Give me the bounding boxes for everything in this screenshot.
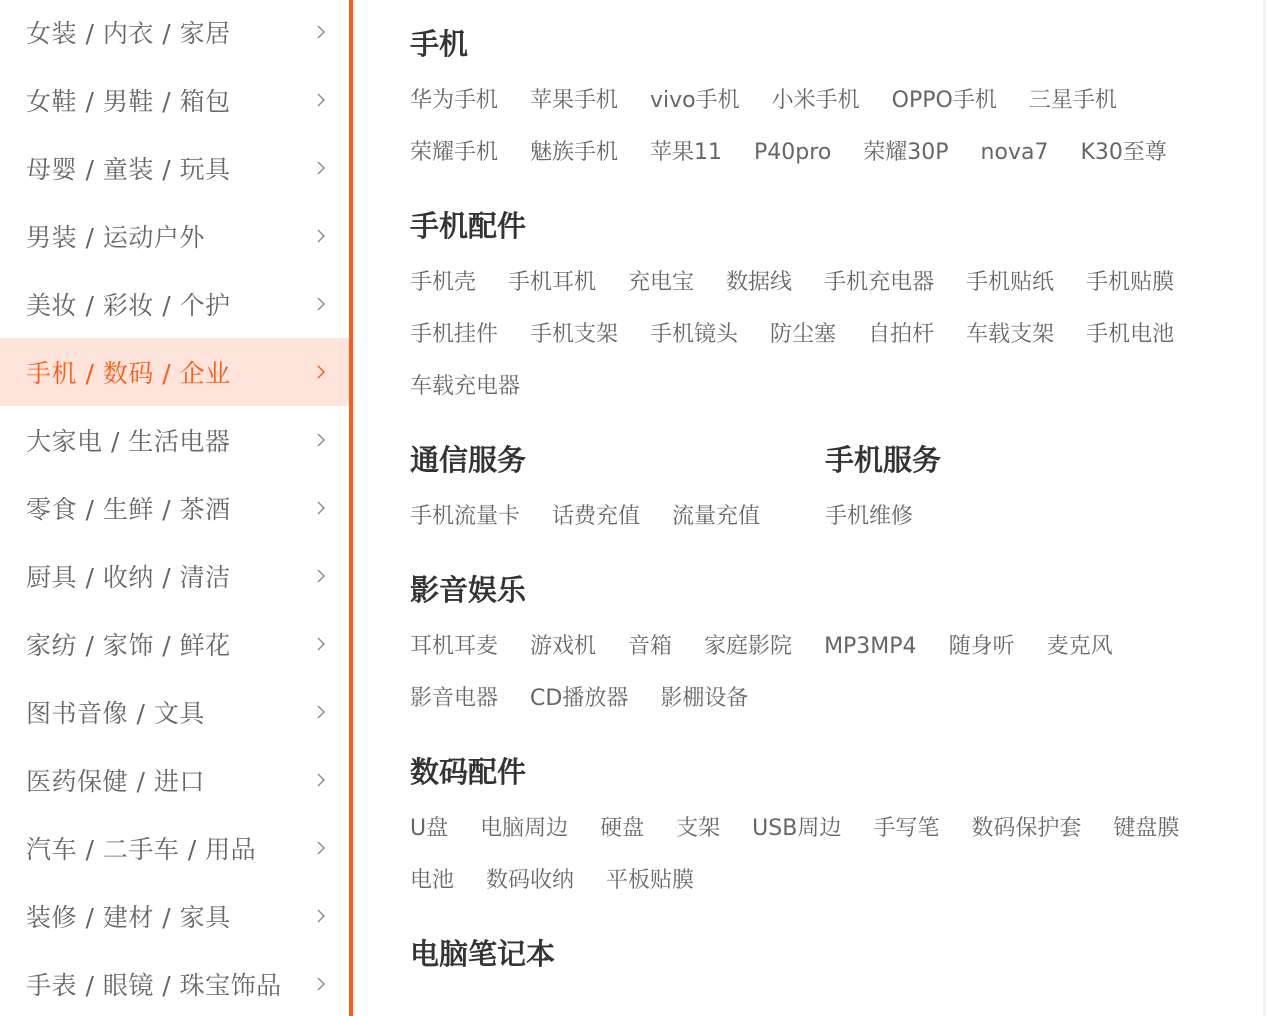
subcategory-link[interactable]: 游戏机 xyxy=(530,632,596,662)
chevron-right-icon xyxy=(314,22,328,42)
subcategory-panel: 手机 华为手机苹果手机vivo手机小米手机OPPO手机三星手机荣耀手机魅族手机苹… xyxy=(353,0,1263,1016)
chevron-right-icon xyxy=(314,430,328,450)
sidebar-item-label: 汽车 / 二手车 / 用品 xyxy=(26,830,256,866)
subcategory-link[interactable]: OPPO手机 xyxy=(892,86,997,116)
category-menu: 女装 / 内衣 / 家居女鞋 / 男鞋 / 箱包母婴 / 童装 / 玩具男装 /… xyxy=(0,0,1280,1016)
sidebar-item-label: 美妆 / 彩妆 / 个护 xyxy=(26,286,231,322)
sidebar-item[interactable]: 母婴 / 童装 / 玩具 xyxy=(0,134,349,202)
sidebar-item-label: 手机 / 数码 / 企业 xyxy=(26,354,231,390)
subcategory-link[interactable]: 麦克风 xyxy=(1047,632,1113,662)
subcategory-link[interactable]: 手机贴纸 xyxy=(966,268,1054,298)
subcategory-link[interactable]: 话费充值 xyxy=(552,502,640,532)
subcategory-link[interactable]: 手机耳机 xyxy=(508,268,596,298)
sidebar-item[interactable]: 手机 / 数码 / 企业 xyxy=(0,338,349,406)
sidebar-item-label: 女鞋 / 男鞋 / 箱包 xyxy=(26,82,231,118)
sidebar-item-label: 装修 / 建材 / 家具 xyxy=(26,898,231,934)
subcategory-link[interactable]: U盘 xyxy=(410,814,448,844)
chevron-right-icon xyxy=(314,974,328,994)
subcategory-link[interactable]: 手机电池 xyxy=(1086,320,1174,350)
sidebar-item[interactable]: 男装 / 运动户外 xyxy=(0,202,349,270)
subcategory-link[interactable]: 电池 xyxy=(410,866,454,896)
sidebar-item-label: 女装 / 内衣 / 家居 xyxy=(26,14,231,50)
sidebar-item-label: 大家电 / 生活电器 xyxy=(26,422,230,458)
sidebar-item[interactable]: 装修 / 建材 / 家具 xyxy=(0,882,349,950)
sidebar-item-label: 家纺 / 家饰 / 鲜花 xyxy=(26,626,231,662)
sidebar-item[interactable]: 大家电 / 生活电器 xyxy=(0,406,349,474)
subcategory-link[interactable]: 荣耀30P xyxy=(863,138,948,168)
chevron-right-icon xyxy=(314,566,328,586)
subcategory-link[interactable]: 防尘塞 xyxy=(770,320,836,350)
sidebar-item-label: 零食 / 生鲜 / 茶酒 xyxy=(26,490,231,526)
section-audio-video: 影音娱乐 耳机耳麦游戏机音箱家庭影院MP3MP4随身听麦克风影音电器CD播放器影… xyxy=(410,570,1230,736)
subcategory-link[interactable]: CD播放器 xyxy=(530,684,628,714)
section-phone-accessories: 手机配件 手机壳手机耳机充电宝数据线手机充电器手机贴纸手机贴膜手机挂件手机支架手… xyxy=(410,206,1230,424)
chevron-right-icon xyxy=(314,634,328,654)
section-title: 手机服务 xyxy=(825,440,1225,480)
sidebar-item-label: 医药保健 / 进口 xyxy=(26,762,205,798)
sidebar-item[interactable]: 汽车 / 二手车 / 用品 xyxy=(0,814,349,882)
chevron-right-icon xyxy=(314,294,328,314)
section-title: 手机 xyxy=(410,24,1230,64)
subcategory-link[interactable]: 三星手机 xyxy=(1029,86,1117,116)
sidebar-item-label: 厨具 / 收纳 / 清洁 xyxy=(26,558,231,594)
section-telecom-services: 通信服务 手机流量卡话费充值流量充值 xyxy=(410,440,830,554)
subcategory-link[interactable]: 手机壳 xyxy=(410,268,476,298)
section-phone-services: 手机服务 手机维修 xyxy=(825,440,1225,554)
chevron-right-icon xyxy=(314,770,328,790)
subcategory-link[interactable]: 手机贴膜 xyxy=(1086,268,1174,298)
subcategory-link[interactable]: K30至尊 xyxy=(1080,138,1166,168)
section-links: U盘电脑周边硬盘支架USB周边手写笔数码保护套键盘膜电池数码收纳平板贴膜 xyxy=(410,814,1230,918)
chevron-right-icon xyxy=(314,158,328,178)
section-title: 影音娱乐 xyxy=(410,570,1230,610)
subcategory-link[interactable]: 音箱 xyxy=(628,632,672,662)
subcategory-link[interactable]: 手机充电器 xyxy=(824,268,934,298)
sidebar-item[interactable]: 女鞋 / 男鞋 / 箱包 xyxy=(0,66,349,134)
sidebar-item-label: 母婴 / 童装 / 玩具 xyxy=(26,150,231,186)
subcategory-link[interactable]: vivo手机 xyxy=(650,86,740,116)
subcategory-link[interactable]: 车载充电器 xyxy=(410,372,520,402)
sidebar-item[interactable]: 家纺 / 家饰 / 鲜花 xyxy=(0,610,349,678)
subcategory-link[interactable]: 自拍杆 xyxy=(868,320,934,350)
subcategory-link[interactable]: 充电宝 xyxy=(628,268,694,298)
sidebar-item[interactable]: 图书音像 / 文具 xyxy=(0,678,349,746)
section-title: 手机配件 xyxy=(410,206,1230,246)
subcategory-link[interactable]: 车载支架 xyxy=(966,320,1054,350)
sidebar-item[interactable]: 女装 / 内衣 / 家居 xyxy=(0,0,349,66)
section-laptops: 电脑笔记本 xyxy=(410,934,1230,996)
subcategory-link[interactable]: 随身听 xyxy=(949,632,1015,662)
subcategory-link[interactable]: 家庭影院 xyxy=(704,632,792,662)
section-title: 数码配件 xyxy=(410,752,1230,792)
chevron-right-icon xyxy=(314,838,328,858)
subcategory-link[interactable]: 电脑周边 xyxy=(480,814,568,844)
chevron-right-icon xyxy=(314,906,328,926)
subcategory-link[interactable]: 手写笔 xyxy=(873,814,939,844)
panel-scrollbar-track[interactable] xyxy=(1263,0,1266,1016)
sidebar-item[interactable]: 医药保健 / 进口 xyxy=(0,746,349,814)
section-links: 手机壳手机耳机充电宝数据线手机充电器手机贴纸手机贴膜手机挂件手机支架手机镜头防尘… xyxy=(410,268,1230,424)
subcategory-link[interactable]: 平板贴膜 xyxy=(606,866,694,896)
subcategory-link[interactable]: 苹果11 xyxy=(650,138,722,168)
subcategory-link[interactable]: P40pro xyxy=(754,138,831,168)
subcategory-link[interactable]: 键盘膜 xyxy=(1113,814,1179,844)
chevron-right-icon xyxy=(314,226,328,246)
chevron-right-icon xyxy=(314,90,328,110)
chevron-right-icon xyxy=(314,498,328,518)
subcategory-link[interactable]: 荣耀手机 xyxy=(410,138,498,168)
subcategory-link[interactable]: 小米手机 xyxy=(772,86,860,116)
section-title: 通信服务 xyxy=(410,440,830,480)
subcategory-link[interactable]: 手机维修 xyxy=(825,502,913,532)
sidebar-item-label: 手表 / 眼镜 / 珠宝饰品 xyxy=(26,966,282,1002)
subcategory-link[interactable]: 魅族手机 xyxy=(530,138,618,168)
sidebar-item[interactable]: 零食 / 生鲜 / 茶酒 xyxy=(0,474,349,542)
category-sidebar: 女装 / 内衣 / 家居女鞋 / 男鞋 / 箱包母婴 / 童装 / 玩具男装 /… xyxy=(0,0,349,1016)
sidebar-item[interactable]: 手表 / 眼镜 / 珠宝饰品 xyxy=(0,950,349,1016)
subcategory-link[interactable]: 手机流量卡 xyxy=(410,502,520,532)
subcategory-link[interactable]: 手机镜头 xyxy=(650,320,738,350)
section-digital-accessories: 数码配件 U盘电脑周边硬盘支架USB周边手写笔数码保护套键盘膜电池数码收纳平板贴… xyxy=(410,752,1230,918)
section-links: 耳机耳麦游戏机音箱家庭影院MP3MP4随身听麦克风影音电器CD播放器影棚设备 xyxy=(410,632,1230,736)
subcategory-link[interactable]: MP3MP4 xyxy=(824,632,917,662)
subcategory-link[interactable]: 流量充值 xyxy=(672,502,760,532)
chevron-right-icon xyxy=(314,362,328,382)
sidebar-item[interactable]: 厨具 / 收纳 / 清洁 xyxy=(0,542,349,610)
subcategory-link[interactable]: USB周边 xyxy=(752,814,841,844)
subcategory-link[interactable]: nova7 xyxy=(981,138,1049,168)
sidebar-item[interactable]: 美妆 / 彩妆 / 个护 xyxy=(0,270,349,338)
section-phones: 手机 华为手机苹果手机vivo手机小米手机OPPO手机三星手机荣耀手机魅族手机苹… xyxy=(410,24,1230,190)
subcategory-link[interactable]: 耳机耳麦 xyxy=(410,632,498,662)
sidebar-item-label: 图书音像 / 文具 xyxy=(26,694,205,730)
subcategory-link[interactable]: 手机支架 xyxy=(530,320,618,350)
subcategory-link[interactable]: 手机挂件 xyxy=(410,320,498,350)
section-links: 手机流量卡话费充值流量充值 xyxy=(410,502,830,554)
subcategory-link[interactable]: 数据线 xyxy=(726,268,792,298)
subcategory-link[interactable]: 支架 xyxy=(676,814,720,844)
subcategory-link[interactable]: 华为手机 xyxy=(410,86,498,116)
subcategory-link[interactable]: 影棚设备 xyxy=(660,684,748,714)
subcategory-link[interactable]: 影音电器 xyxy=(410,684,498,714)
subcategory-link[interactable]: 数码保护套 xyxy=(971,814,1081,844)
section-title: 电脑笔记本 xyxy=(410,934,1230,974)
subcategory-link[interactable]: 数码收纳 xyxy=(486,866,574,896)
section-links: 华为手机苹果手机vivo手机小米手机OPPO手机三星手机荣耀手机魅族手机苹果11… xyxy=(410,86,1230,190)
section-links: 手机维修 xyxy=(825,502,1225,554)
sidebar-item-label: 男装 / 运动户外 xyxy=(26,218,205,254)
subcategory-link[interactable]: 苹果手机 xyxy=(530,86,618,116)
chevron-right-icon xyxy=(314,702,328,722)
subcategory-link[interactable]: 硬盘 xyxy=(600,814,644,844)
